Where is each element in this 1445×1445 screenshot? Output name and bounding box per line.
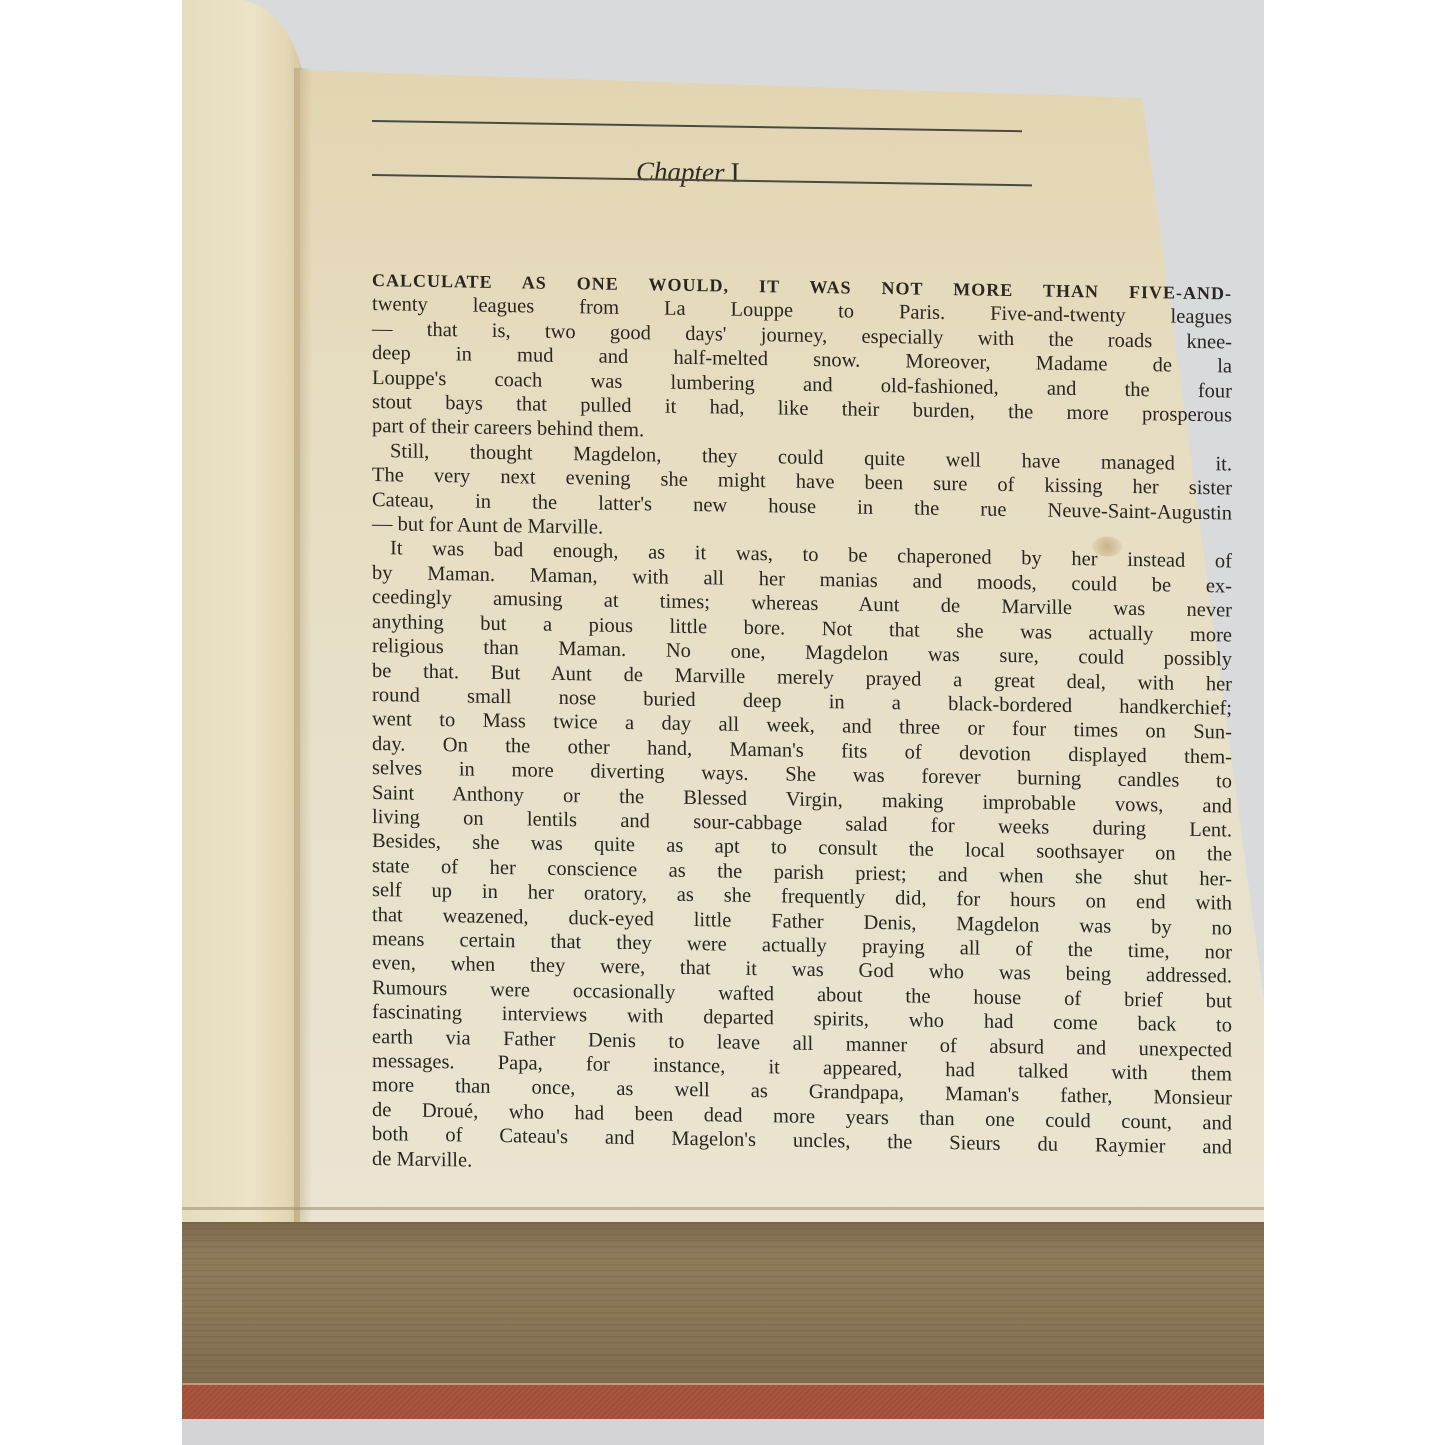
chapter-numeral: I [731, 158, 740, 189]
book-photo: ChapterI CALCULATE AS ONE WOULD, IT WAS … [182, 0, 1264, 1445]
left-page-curl [182, 0, 307, 1240]
page-deckle-edge [182, 1207, 1264, 1210]
chapter-heading: ChapterI [636, 156, 740, 190]
chapter-body: CALCULATE AS ONE WOULD, IT WAS NOT MORE … [372, 268, 1232, 1185]
book-cover-cloth [182, 1383, 1264, 1421]
page-gutter-shadow [294, 68, 312, 1238]
chapter-label: Chapter [636, 156, 725, 187]
book-fore-edge [182, 1222, 1264, 1384]
background-surface [182, 1419, 1264, 1445]
